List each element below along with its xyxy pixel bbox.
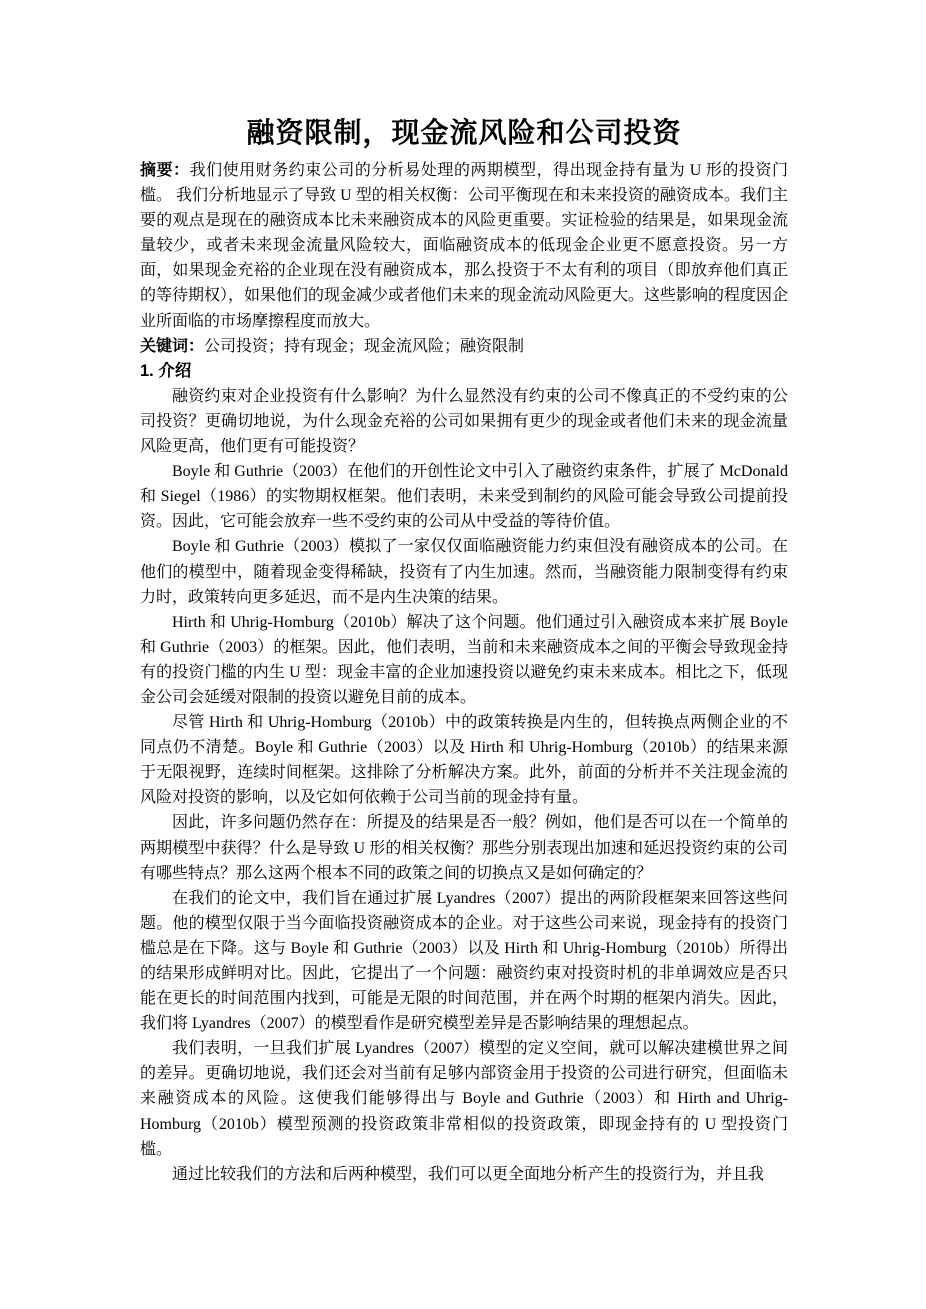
paper-title: 融资限制，现金流风险和公司投资 bbox=[140, 110, 788, 156]
intro-paragraph-2: Boyle 和 Guthrie（2003）在他们的开创性论文中引入了融资约束条件… bbox=[140, 459, 788, 534]
intro-paragraph-8: 我们表明，一旦我们扩展 Lyandres（2007）模型的定义空间，就可以解决建… bbox=[140, 1036, 788, 1161]
section-heading-introduction: 1. 介绍 bbox=[140, 359, 788, 384]
intro-paragraph-4: Hirth 和 Uhrig-Homburg（2010b）解决了这个问题。他们通过… bbox=[140, 610, 788, 710]
intro-paragraph-3: Boyle 和 Guthrie（2003）模拟了一家仅仅面临融资能力约束但没有融… bbox=[140, 534, 788, 609]
keywords-text: 公司投资；持有现金；现金流风险；融资限制 bbox=[204, 338, 524, 355]
keywords-line: 关键词：公司投资；持有现金；现金流风险；融资限制 bbox=[140, 334, 788, 359]
keywords-label: 关键词： bbox=[140, 338, 204, 355]
abstract-label: 摘要： bbox=[140, 162, 190, 179]
intro-paragraph-9: 通过比较我们的方法和后两种模型，我们可以更全面地分析产生的投资行为，并且我 bbox=[140, 1162, 788, 1187]
intro-paragraph-5: 尽管 Hirth 和 Uhrig-Homburg（2010b）中的政策转换是内生… bbox=[140, 710, 788, 810]
document-page: 融资限制，现金流风险和公司投资 摘要：我们使用财务约束公司的分析易处理的两期模型… bbox=[0, 0, 926, 1309]
abstract-paragraph: 摘要：我们使用财务约束公司的分析易处理的两期模型，得出现金持有量为 U 形的投资… bbox=[140, 158, 788, 334]
document-content: 融资限制，现金流风险和公司投资 摘要：我们使用财务约束公司的分析易处理的两期模型… bbox=[140, 110, 788, 1187]
intro-paragraph-6: 因此，许多问题仍然存在：所提及的结果是否一般？例如，他们是否可以在一个简单的两期… bbox=[140, 810, 788, 885]
abstract-text: 我们使用财务约束公司的分析易处理的两期模型，得出现金持有量为 U 形的投资门槛。… bbox=[140, 162, 788, 330]
document-body: 摘要：我们使用财务约束公司的分析易处理的两期模型，得出现金持有量为 U 形的投资… bbox=[140, 158, 788, 1187]
intro-paragraph-1: 融资约束对企业投资有什么影响？为什么显然没有约束的公司不像真正的不受约束的公司投… bbox=[140, 384, 788, 459]
intro-paragraph-7: 在我们的论文中，我们旨在通过扩展 Lyandres（2007）提出的两阶段框架来… bbox=[140, 886, 788, 1037]
